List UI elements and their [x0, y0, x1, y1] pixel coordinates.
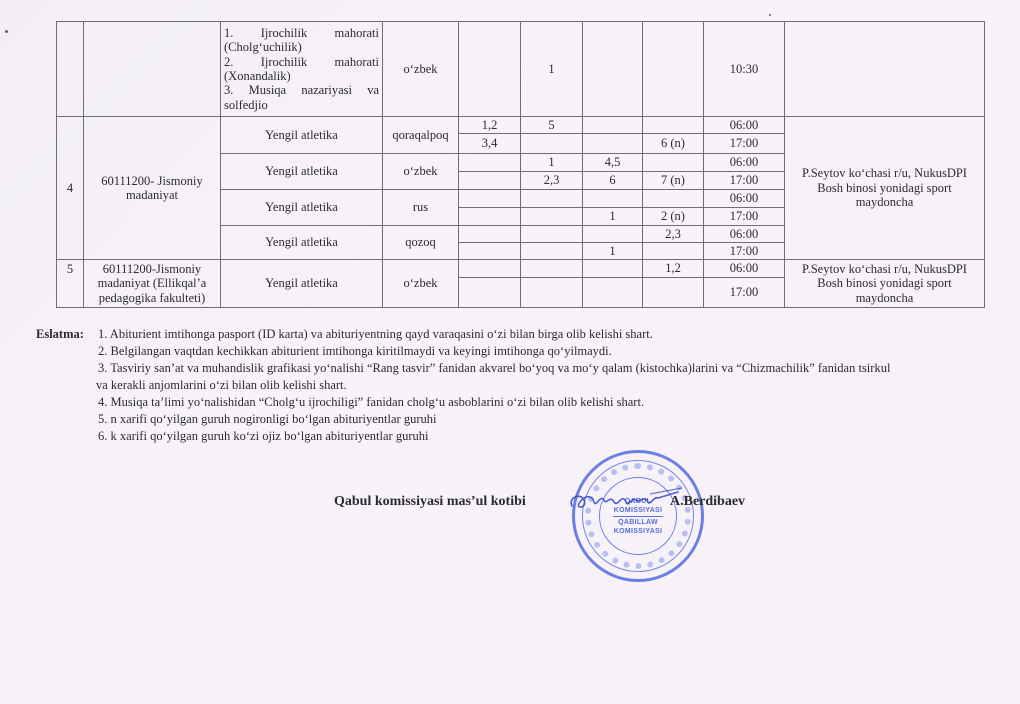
handwritten-signature: [566, 482, 686, 516]
group-cell: 2,3: [643, 226, 704, 243]
subject-cell: Yengil atletika: [221, 260, 383, 308]
notes-list: 1. Abiturient imtihonga pasport (ID kart…: [98, 326, 998, 445]
signatory-title: Qabul komissiyasi mas’ul kotibi: [334, 494, 526, 510]
group-cell: 2,3: [521, 172, 583, 190]
location-cell: P.Seytov ko‘chasi r/u, NukusDPI Bosh bin…: [785, 260, 985, 308]
group-cell: 2 (n): [643, 208, 704, 226]
stamp-line: QABILLAW: [575, 518, 701, 527]
subject-line: 2. Ijrochilik mahorati: [224, 55, 379, 69]
group-cell: [583, 134, 643, 154]
language-cell: o‘zbek: [383, 260, 459, 308]
scan-speck: [769, 14, 771, 16]
subject-line: 1. Ijrochilik mahorati: [224, 26, 379, 40]
language-cell: rus: [383, 190, 459, 226]
time-cell: 17:00: [704, 172, 785, 190]
exam-schedule-table: 1. Ijrochilik mahorati (Cholg‘uchilik) 2…: [56, 21, 985, 308]
note-item: 4. Musiqa ta’limi yo‘nalishidan “Cholg‘u…: [98, 394, 998, 411]
group-cell: [459, 190, 521, 208]
group-cell: [459, 226, 521, 243]
group-cell: 6: [583, 172, 643, 190]
group-cell: [583, 190, 643, 208]
specialty-cell: [84, 22, 221, 117]
scanned-document-page: 1. Ijrochilik mahorati (Cholg‘uchilik) 2…: [0, 0, 1020, 704]
group-cell: [521, 243, 583, 260]
notes-label: Eslatma:: [36, 326, 84, 343]
row-number: [57, 22, 84, 117]
group-cell: [521, 278, 583, 308]
row-number: 4: [57, 117, 84, 260]
group-cell: [459, 243, 521, 260]
group-cell: [521, 208, 583, 226]
group-cell: [643, 278, 704, 308]
stamp-line: KOMISSIYASI: [575, 527, 701, 536]
group-cell: 1: [521, 154, 583, 172]
stamp-divider: [613, 516, 663, 517]
subject-line: solfedjio: [224, 98, 379, 112]
time-cell: 17:00: [704, 278, 785, 308]
time-cell: 10:30: [704, 22, 785, 117]
language-cell: qoraqalpoq: [383, 117, 459, 154]
group-cell: [521, 260, 583, 278]
time-cell: 17:00: [704, 243, 785, 260]
subjects-cell: 1. Ijrochilik mahorati (Cholg‘uchilik) 2…: [221, 22, 383, 117]
group-cell: [459, 172, 521, 190]
group-cell: 1: [583, 208, 643, 226]
group-cell: [643, 190, 704, 208]
group-cell: [459, 278, 521, 308]
language-cell: o‘zbek: [383, 22, 459, 117]
table-row: 4 60111200- Jismoniy madaniyat Yengil at…: [57, 117, 985, 134]
group-cell: [643, 22, 704, 117]
group-cell: 4,5: [583, 154, 643, 172]
note-item: 2. Belgilangan vaqtdan kechikkan abituri…: [98, 343, 998, 360]
group-cell: [583, 22, 643, 117]
time-cell: 17:00: [704, 134, 785, 154]
group-cell: 1,2: [643, 260, 704, 278]
specialty-cell: 60111200-Jismoniy madaniyat (Ellikqal’a …: [84, 260, 221, 308]
signatory-name: A.Berdibaev: [670, 494, 745, 510]
group-cell: [643, 243, 704, 260]
note-item-continuation: va kerakli anjomlarini o‘zi bilan olib k…: [96, 377, 998, 394]
note-item: 5. n xarifi qo‘yilgan guruh nogironligi …: [98, 411, 998, 428]
time-cell: 06:00: [704, 154, 785, 172]
group-cell: [521, 226, 583, 243]
group-cell: [583, 226, 643, 243]
table-row: 1. Ijrochilik mahorati (Cholg‘uchilik) 2…: [57, 22, 985, 117]
group-cell: [643, 154, 704, 172]
note-item: 1. Abiturient imtihonga pasport (ID kart…: [98, 326, 998, 343]
time-cell: 06:00: [704, 226, 785, 243]
group-cell: 1: [521, 22, 583, 117]
time-cell: 17:00: [704, 208, 785, 226]
location-cell: P.Seytov ko‘chasi r/u, NukusDPI Bosh bin…: [785, 117, 985, 260]
scan-speck: [5, 30, 8, 33]
group-cell: [583, 278, 643, 308]
subject-cell: Yengil atletika: [221, 154, 383, 190]
group-cell: 7 (n): [643, 172, 704, 190]
time-cell: 06:00: [704, 190, 785, 208]
group-cell: [459, 154, 521, 172]
time-cell: 06:00: [704, 260, 785, 278]
group-cell: [459, 208, 521, 226]
table-row: 5 60111200-Jismoniy madaniyat (Ellikqal’…: [57, 260, 985, 278]
group-cell: 3,4: [459, 134, 521, 154]
specialty-cell: 60111200- Jismoniy madaniyat: [84, 117, 221, 260]
row-number: 5: [57, 260, 84, 308]
group-cell: [521, 190, 583, 208]
group-cell: 5: [521, 117, 583, 134]
location-cell: [785, 22, 985, 117]
language-cell: qozoq: [383, 226, 459, 260]
language-cell: o‘zbek: [383, 154, 459, 190]
group-cell: [521, 134, 583, 154]
subject-cell: Yengil atletika: [221, 190, 383, 226]
group-cell: [459, 22, 521, 117]
official-stamp: QABUL KOMISSIYASI QABILLAW KOMISSIYASI: [572, 450, 704, 582]
note-item: 6. k xarifi qo‘yilgan guruh ko‘zi ojiz b…: [98, 428, 998, 445]
note-item: 3. Tasviriy san’at va muhandislik grafik…: [98, 360, 998, 377]
group-cell: [643, 117, 704, 134]
subject-line: 3. Musiqa nazariyasi va: [224, 83, 379, 97]
group-cell: [583, 260, 643, 278]
subject-cell: Yengil atletika: [221, 226, 383, 260]
subject-line: (Cholg‘uchilik): [224, 40, 379, 54]
group-cell: 1: [583, 243, 643, 260]
time-cell: 06:00: [704, 117, 785, 134]
group-cell: [459, 260, 521, 278]
subject-cell: Yengil atletika: [221, 117, 383, 154]
subject-line: (Xonandalik): [224, 69, 379, 83]
group-cell: [583, 117, 643, 134]
group-cell: 6 (n): [643, 134, 704, 154]
group-cell: 1,2: [459, 117, 521, 134]
